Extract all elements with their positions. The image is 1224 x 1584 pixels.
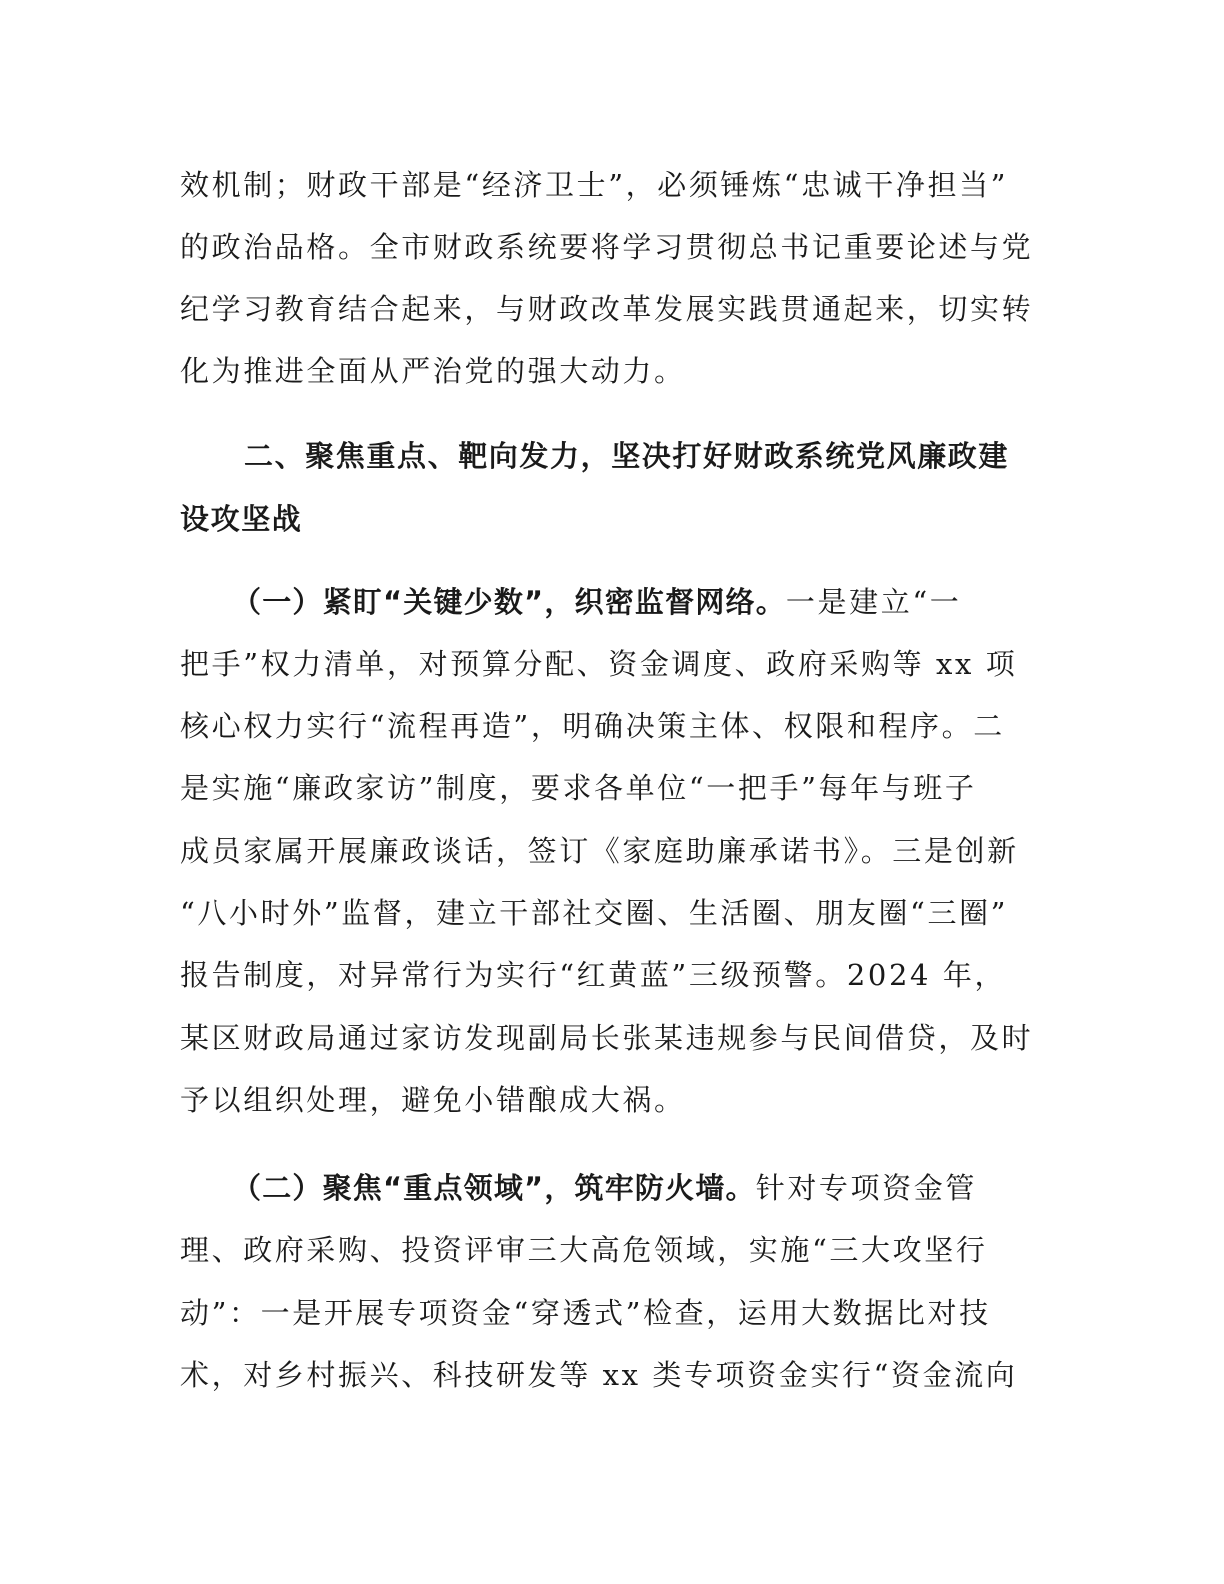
body-text-line: 效机制；财政干部是“经济卫士”，必须锤炼“忠诚干净担当” xyxy=(180,163,1060,207)
subsection-2-title: （二）聚焦“重点领域”，筑牢防火墙。 xyxy=(232,1171,756,1205)
subsection-2-text: 针对专项资金管 xyxy=(756,1171,977,1205)
body-text-line: 的政治品格。全市财政系统要将学习贯彻总书记重要论述与党 xyxy=(180,225,1060,269)
subsection-2-first-line: （二）聚焦“重点领域”，筑牢防火墙。针对专项资金管 xyxy=(232,1166,1048,1210)
body-text-line: 予以组织处理，避免小错酿成大祸。 xyxy=(180,1078,1060,1122)
body-text-line: 成员家属开展廉政谈话，签订《家庭助廉承诺书》。三是创新 xyxy=(180,829,1060,873)
subsection-1-title: （一）紧盯“关键少数”，织密监督网络。 xyxy=(232,585,786,619)
body-text-line: “八小时外”监督，建立干部社交圈、生活圈、朋友圈“三圈” xyxy=(180,891,1060,935)
body-text-line: 把手”权力清单，对预算分配、资金调度、政府采购等 xx 项 xyxy=(180,642,1060,686)
document-page: 效机制；财政干部是“经济卫士”，必须锤炼“忠诚干净担当” 的政治品格。全市财政系… xyxy=(0,0,1224,1584)
subsection-1-first-line: （一）紧盯“关键少数”，织密监督网络。一是建立“一 xyxy=(232,580,1048,624)
body-text-line: 动”：一是开展专项资金“穿透式”检查，运用大数据比对技 xyxy=(180,1291,1060,1335)
body-text-line: 理、政府采购、投资评审三大高危领域，实施“三大攻坚行 xyxy=(180,1228,1060,1272)
body-text-line: 核心权力实行“流程再造”，明确决策主体、权限和程序。二 xyxy=(180,704,1060,748)
body-text-line: 报告制度，对异常行为实行“红黄蓝”三级预警。2024 年， xyxy=(180,953,1060,997)
body-text-line: 某区财政局通过家访发现副局长张某违规参与民间借贷，及时 xyxy=(180,1016,1060,1060)
body-text-line: 化为推进全面从严治党的强大动力。 xyxy=(180,349,1060,393)
subsection-1-text: 一是建立“一 xyxy=(786,585,961,619)
body-text-line: 术，对乡村振兴、科技研发等 xx 类专项资金实行“资金流向 xyxy=(180,1353,1060,1397)
section-heading: 二、聚焦重点、靶向发力，坚决打好财政系统党风廉政建 xyxy=(244,434,1060,478)
body-text-line: 纪学习教育结合起来，与财政改革发展实践贯通起来，切实转 xyxy=(180,287,1060,331)
section-heading-continuation: 设攻坚战 xyxy=(180,497,1060,541)
body-text-line: 是实施“廉政家访”制度，要求各单位“一把手”每年与班子 xyxy=(180,766,1060,810)
